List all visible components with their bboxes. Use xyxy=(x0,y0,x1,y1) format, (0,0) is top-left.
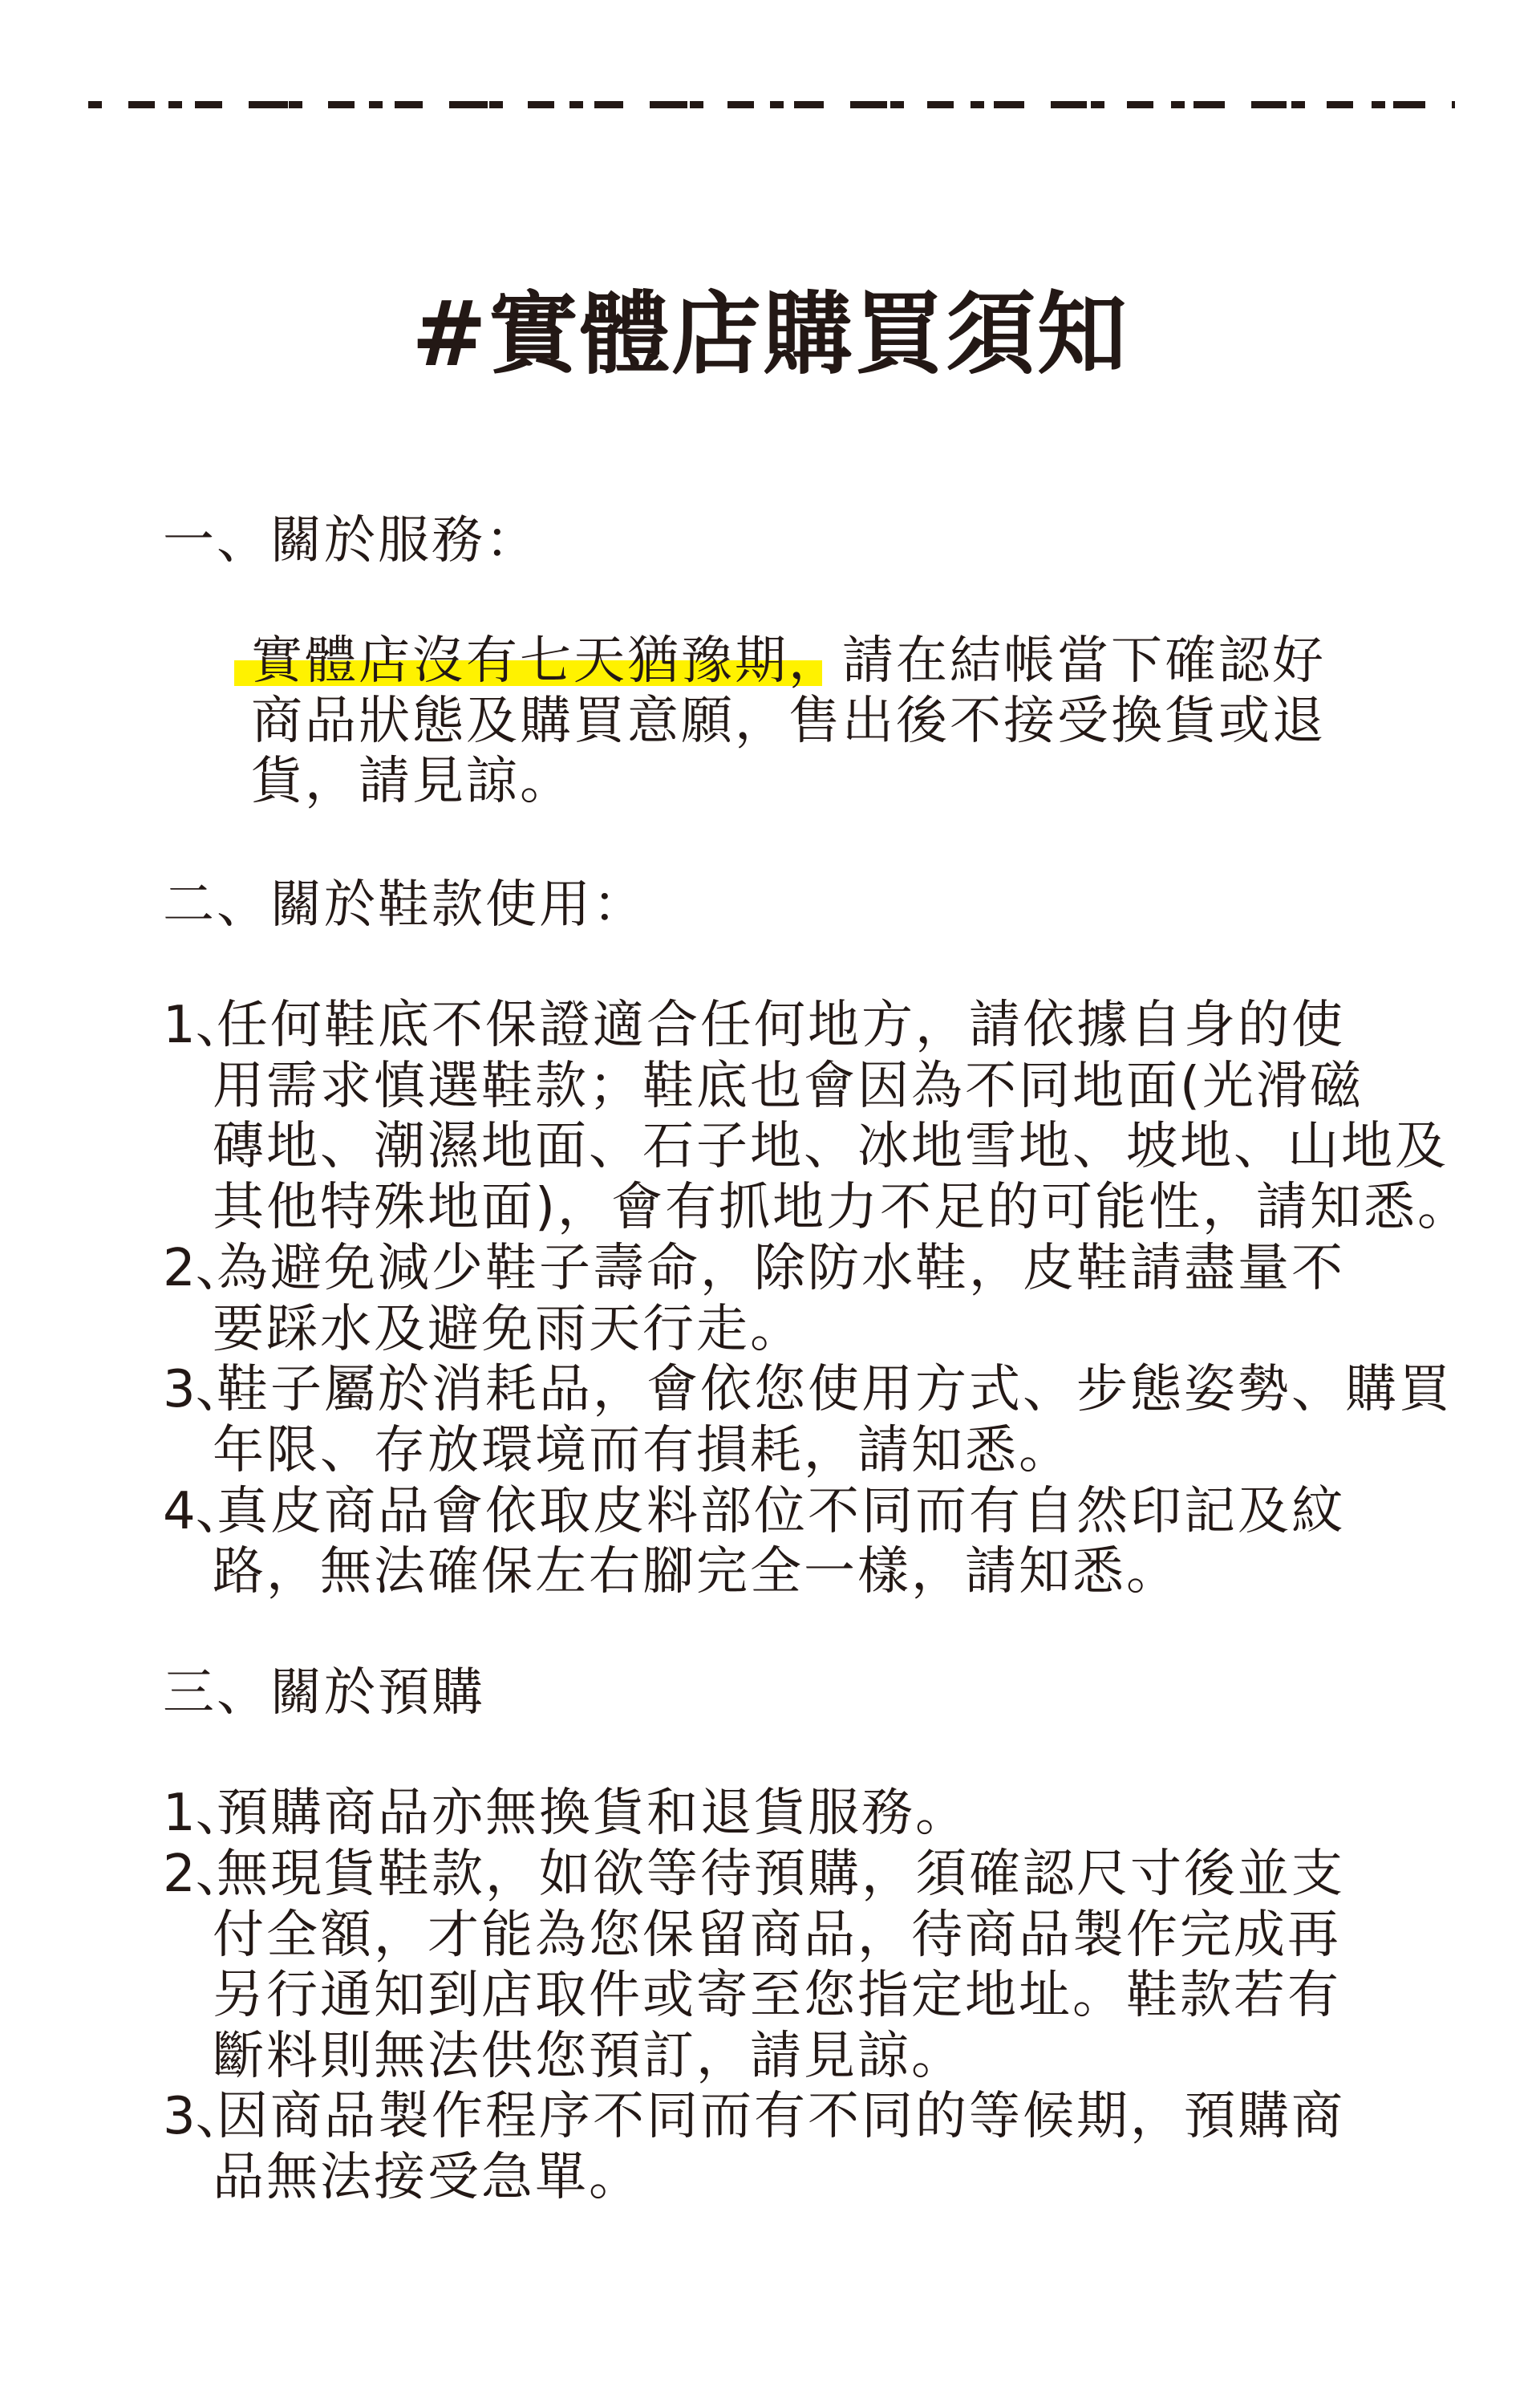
list-line: 為避免減少鞋子壽命，除防水鞋，皮鞋請盡量不 xyxy=(217,1238,1345,1299)
list-line: 年限、存放環境而有損耗，請知悉。 xyxy=(213,1420,1072,1481)
list-line: 另行通知到店取件或寄至您指定地址。鞋款若有 xyxy=(213,1965,1341,2026)
list-line: 用需求慎選鞋款；鞋底也會因為不同地面(光滑磁 xyxy=(213,1056,1364,1117)
list-line: 任何鞋底不保證適合任何地方，請依據自身的使 xyxy=(217,995,1345,1056)
list-line: 付全額，才能為您保留商品，待商品製作完成再 xyxy=(213,1905,1341,1966)
paragraph-line: 商品狀態及購買意願，售出後不接受換貨或退 xyxy=(251,691,1326,752)
section-heading: 一、關於服務： xyxy=(163,510,539,571)
list-line: 斷料則無法供您預訂，請見諒。 xyxy=(213,2026,965,2087)
list-line: 預購商品亦無換貨和退貨服務。 xyxy=(217,1783,969,1844)
paragraph-line: 貨，請見諒。 xyxy=(251,751,573,812)
page-title: #實體店購買須知 xyxy=(0,282,1540,387)
list-line: 真皮商品會依取皮料部位不同而有自然印記及紋 xyxy=(217,1481,1345,1542)
list-line: 品無法接受急單。 xyxy=(213,2147,642,2208)
list-line: 因商品製作程序不同而有不同的等候期，預購商 xyxy=(217,2086,1345,2147)
list-line: 磚地、潮濕地面、石子地、冰地雪地、坡地、山地及 xyxy=(213,1116,1449,1177)
list-line: 無現貨鞋款，如欲等待預購，須確認尺寸後並支 xyxy=(217,1844,1345,1905)
paragraph-line: 實體店沒有七天猶豫期，請在結帳當下確認好 xyxy=(251,631,1326,692)
list-line: 鞋子屬於消耗品，會依您使用方式、步態姿勢、購買 xyxy=(217,1359,1453,1420)
list-line: 路，無法確保左右腳完全一樣，請知悉。 xyxy=(213,1541,1180,1602)
list-line: 其他特殊地面)，會有抓地力不足的可能性，請知悉。 xyxy=(213,1177,1471,1238)
section-heading: 二、關於鞋款使用： xyxy=(163,875,646,936)
section-heading: 三、關於預購 xyxy=(163,1662,485,1723)
dashed-divider-segments xyxy=(88,101,1455,108)
list-line: 要踩水及避免雨天行走。 xyxy=(213,1299,804,1360)
dashed-divider xyxy=(88,101,1455,108)
